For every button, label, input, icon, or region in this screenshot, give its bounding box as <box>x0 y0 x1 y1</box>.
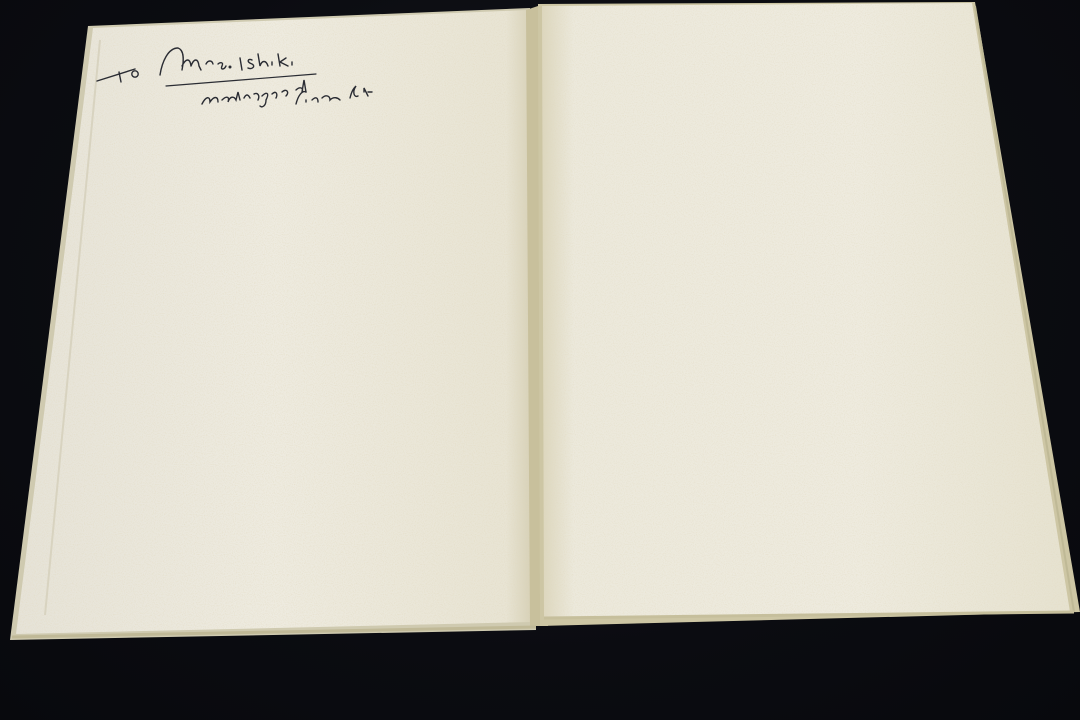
open-book <box>0 0 1080 720</box>
